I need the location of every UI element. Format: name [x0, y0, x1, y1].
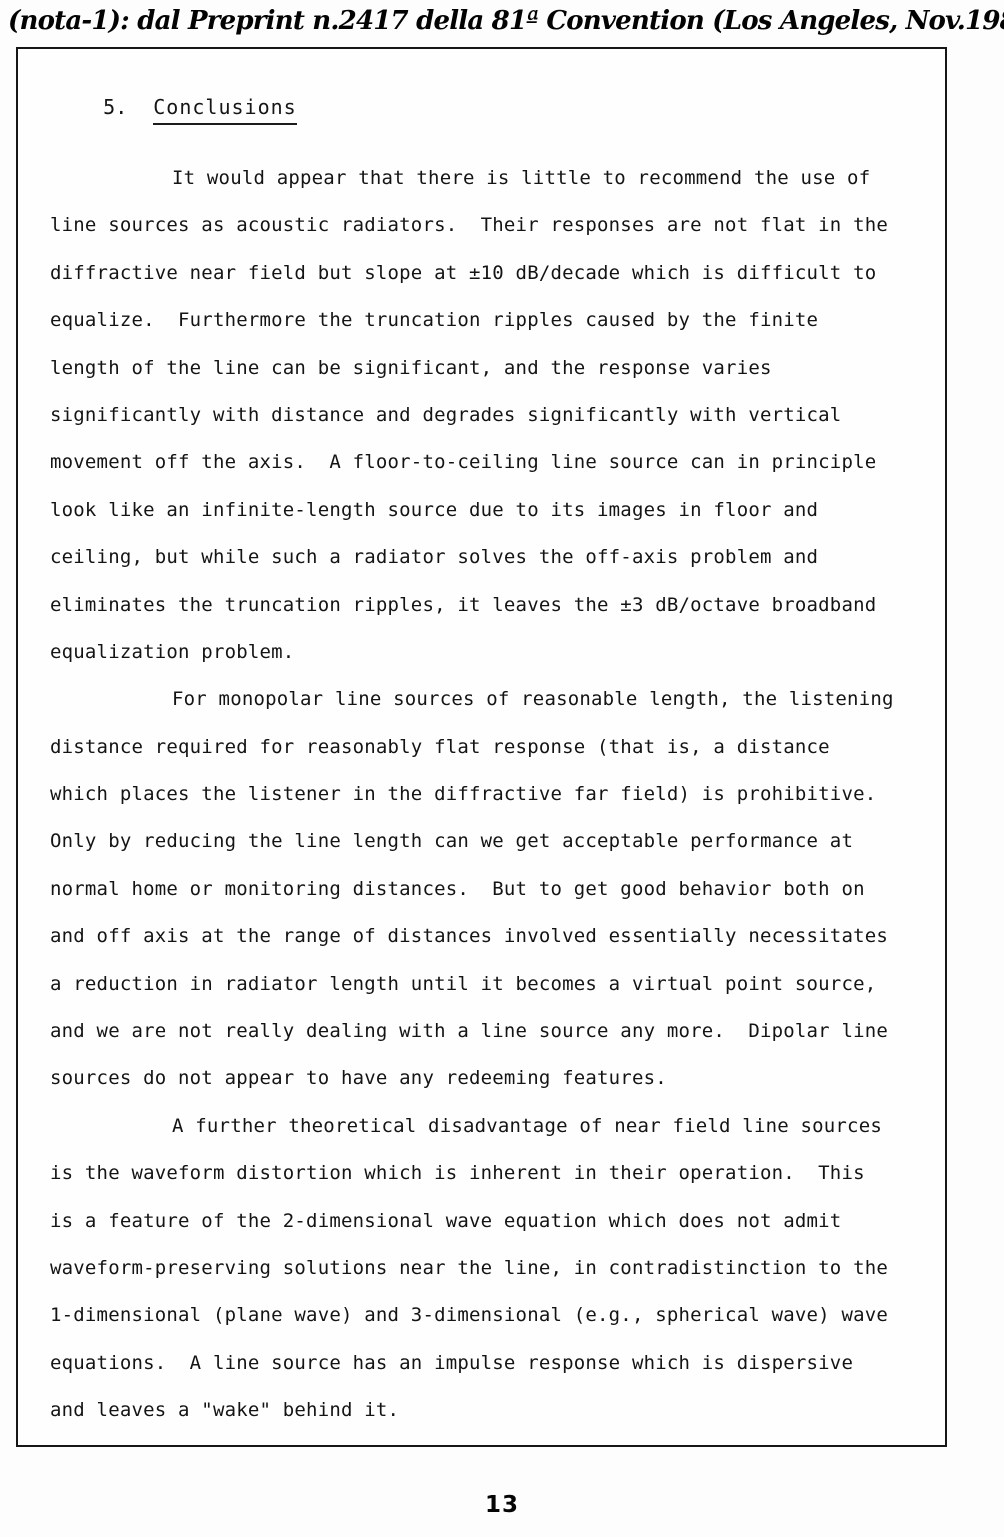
text-line: 1-dimensional (plane wave) and 3-dimensi…	[50, 1304, 918, 1351]
text-line: and leaves a "wake" behind it.	[50, 1399, 918, 1446]
text-line: normal home or monitoring distances. But…	[50, 878, 918, 925]
text-line: equations. A line source has an impulse …	[50, 1352, 918, 1399]
header-note: (nota-1): dal Preprint n.2417 della 81ª …	[8, 6, 1000, 36]
text-line: equalization problem.	[50, 641, 918, 688]
text-line: It would appear that there is little to …	[50, 167, 918, 214]
section-number: 5.	[103, 95, 127, 119]
scanned-document-page: { "page": { "header_note": "(nota-1): da…	[0, 0, 1004, 1537]
text-line: and off axis at the range of distances i…	[50, 925, 918, 972]
text-line: For monopolar line sources of reasonable…	[50, 688, 918, 735]
text-line: sources do not appear to have any redeem…	[50, 1067, 918, 1114]
text-line: which places the listener in the diffrac…	[50, 783, 918, 830]
text-line: A further theoretical disadvantage of ne…	[50, 1115, 918, 1162]
section-title: Conclusions	[153, 95, 296, 125]
text-line: ceiling, but while such a radiator solve…	[50, 546, 918, 593]
text-line: eliminates the truncation ripples, it le…	[50, 594, 918, 641]
text-line: is a feature of the 2-dimensional wave e…	[50, 1210, 918, 1257]
document-body: It would appear that there is little to …	[50, 167, 918, 1447]
text-line: equalize. Furthermore the truncation rip…	[50, 309, 918, 356]
text-line: waveform-preserving solutions near the l…	[50, 1257, 918, 1304]
document-frame: 5.Conclusions It would appear that there…	[16, 47, 947, 1447]
page-number: 13	[0, 1492, 1004, 1518]
text-line: diffractive near field but slope at ±10 …	[50, 262, 918, 309]
text-line: distance required for reasonably flat re…	[50, 736, 918, 783]
text-line: look like an infinite-length source due …	[50, 499, 918, 546]
section-heading: 5.Conclusions	[55, 71, 297, 149]
text-line: significantly with distance and degrades…	[50, 404, 918, 451]
text-line: a reduction in radiator length until it …	[50, 973, 918, 1020]
text-line: length of the line can be significant, a…	[50, 357, 918, 404]
text-line: line sources as acoustic radiators. Thei…	[50, 214, 918, 261]
text-line: movement off the axis. A floor-to-ceilin…	[50, 451, 918, 498]
text-line: is the waveform distortion which is inhe…	[50, 1162, 918, 1209]
text-line: Only by reducing the line length can we …	[50, 830, 918, 877]
text-line: and we are not really dealing with a lin…	[50, 1020, 918, 1067]
